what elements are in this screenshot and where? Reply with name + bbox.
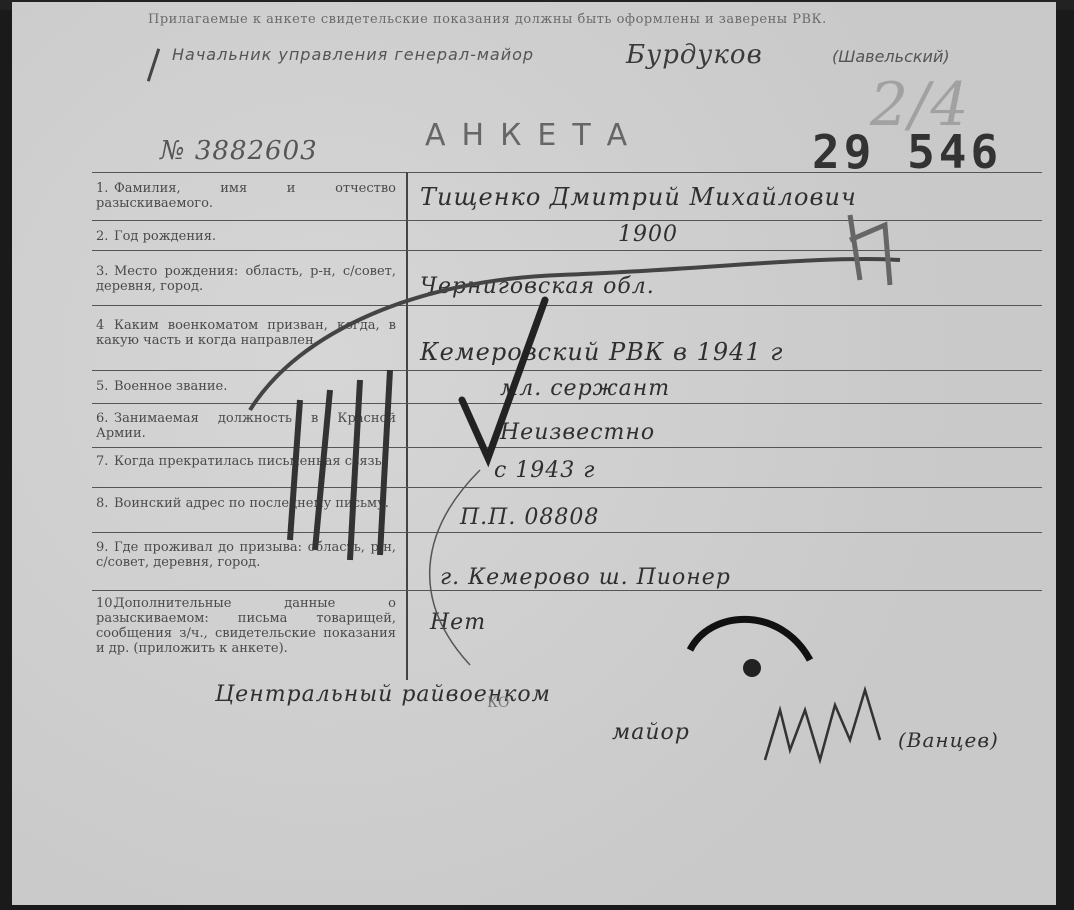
pencil-loop xyxy=(430,470,480,665)
checkmark-icon xyxy=(462,300,545,458)
pencil-h-mark xyxy=(850,215,890,285)
stamp-circle xyxy=(690,619,810,660)
stamp-blot xyxy=(743,659,761,677)
footer-rank: майор xyxy=(612,720,690,745)
footer-signature-name: (Ванцев) xyxy=(898,728,999,752)
pencil-annotations xyxy=(0,0,1074,910)
pencil-arc xyxy=(250,259,900,410)
commissar-signature-icon xyxy=(760,680,890,770)
stamp-fragment: КО xyxy=(487,695,509,711)
pencil-scribble xyxy=(290,370,390,560)
